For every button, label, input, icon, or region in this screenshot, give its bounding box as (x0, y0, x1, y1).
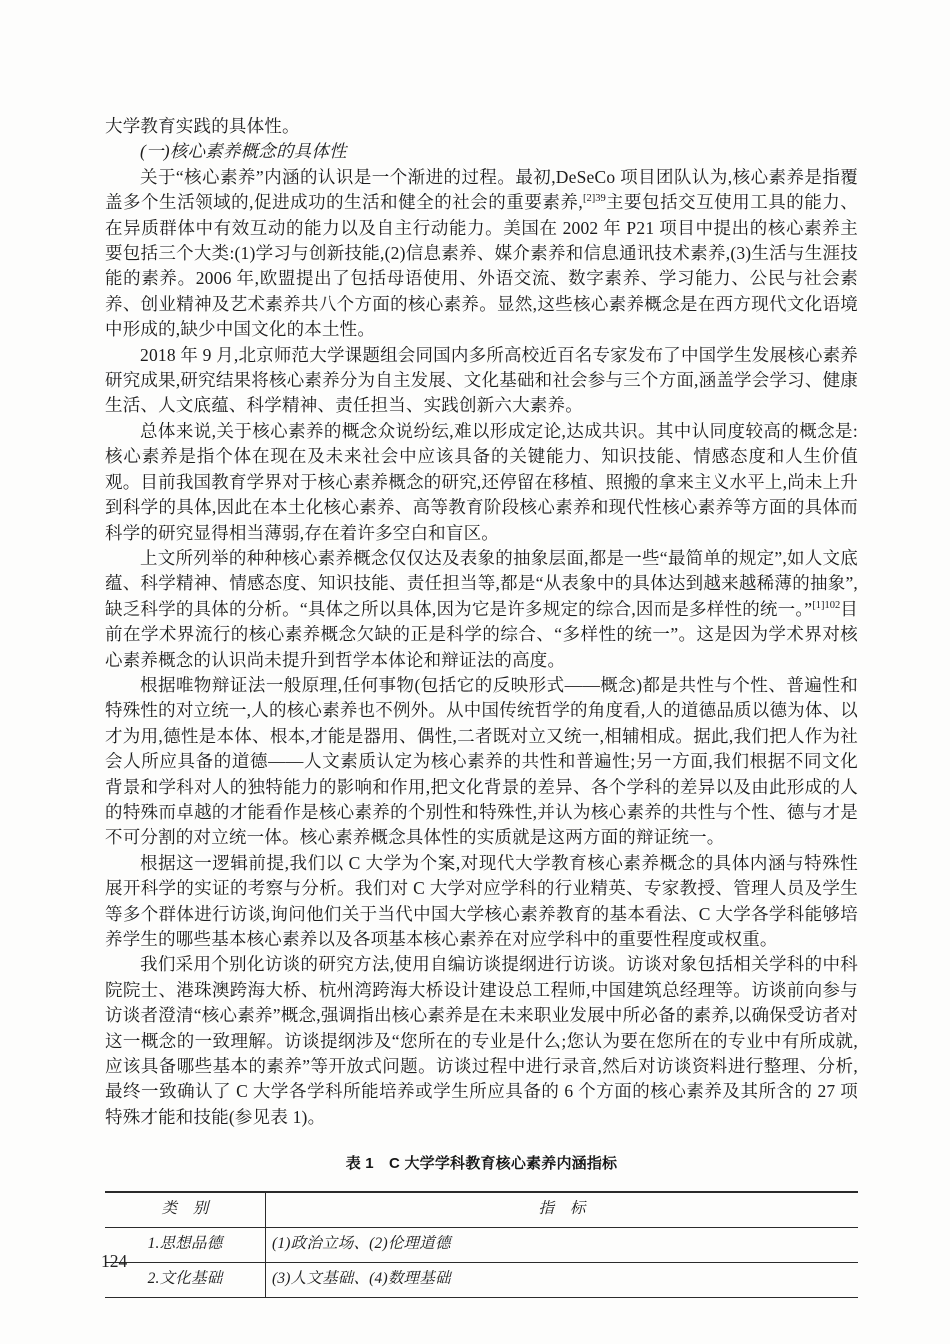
paragraph-interview-method: 我们采用个别化访谈的研究方法,使用自编访谈提纲进行访谈。访谈对象包括相关学科的中… (105, 952, 858, 1130)
table-row: 2.文化基础 (3)人文基础、(4)数理基础 (105, 1262, 858, 1297)
reference-superscript: [2]39 (583, 193, 606, 204)
paragraph-bnu-framework: 2018 年 9 月,北京师范大学课题组会同国内多所高校近百名专家发布了中国学生… (105, 343, 858, 419)
paragraph-abstract-critique: 上文所列举的种种核心素养概念仅仅达及表象的抽象层面,都是一些“最简单的规定”,如… (105, 546, 858, 673)
page-number: 124 (101, 1251, 127, 1272)
paragraph-domestic-research: 总体来说,关于核心素养的概念众说纷纭,难以形成定论,达成共识。其中认同度较高的概… (105, 419, 858, 546)
paragraph-text: 主要包括交互使用工具的能力、在异质群体中有效互动的能力以及自主行动能力。美国在 … (105, 192, 858, 339)
paragraph-continuation: 大学教育实践的具体性。 (105, 114, 858, 139)
table-cell-category: 2.文化基础 (105, 1262, 266, 1297)
paragraph-text: 上文所列举的种种核心素养概念仅仅达及表象的抽象层面,都是一些“最简单的规定”,如… (105, 548, 858, 619)
table-header-category: 类 别 (105, 1192, 266, 1228)
paragraph-dialectics: 根据唯物辩证法一般原理,任何事物(包括它的反映形式——概念)都是共性与个性、普遍… (105, 673, 858, 851)
table-row: 1.思想品德 (1)政治立场、(2)伦理道德 (105, 1227, 858, 1262)
table-header-row: 类 别 指 标 (105, 1192, 858, 1228)
table-caption: 表 1 C 大学学科教育核心素养内涵指标 (105, 1151, 858, 1176)
reference-superscript: [1]102 (812, 600, 840, 611)
paragraph-concept-evolution: 关于“核心素养”内涵的认识是一个渐进的过程。最初,DeSeCo 项目团队认为,核… (105, 165, 858, 343)
document-page: 大学教育实践的具体性。 (一)核心素养概念的具体性 关于“核心素养”内涵的认识是… (0, 0, 950, 1344)
table-cell-indicator: (1)政治立场、(2)伦理道德 (266, 1227, 859, 1262)
paragraph-case-premise: 根据这一逻辑前提,我们以 C 大学为个案,对现代大学教育核心素养概念的具体内涵与… (105, 851, 858, 953)
table-cell-category: 1.思想品德 (105, 1227, 266, 1262)
article-body: 大学教育实践的具体性。 (一)核心素养概念的具体性 关于“核心素养”内涵的认识是… (105, 114, 858, 1298)
section-heading: (一)核心素养概念的具体性 (105, 139, 858, 164)
table-header-indicator: 指 标 (266, 1192, 859, 1228)
core-competency-table: 类 别 指 标 1.思想品德 (1)政治立场、(2)伦理道德 2.文化基础 (3… (105, 1191, 858, 1298)
table-cell-indicator: (3)人文基础、(4)数理基础 (266, 1262, 859, 1297)
